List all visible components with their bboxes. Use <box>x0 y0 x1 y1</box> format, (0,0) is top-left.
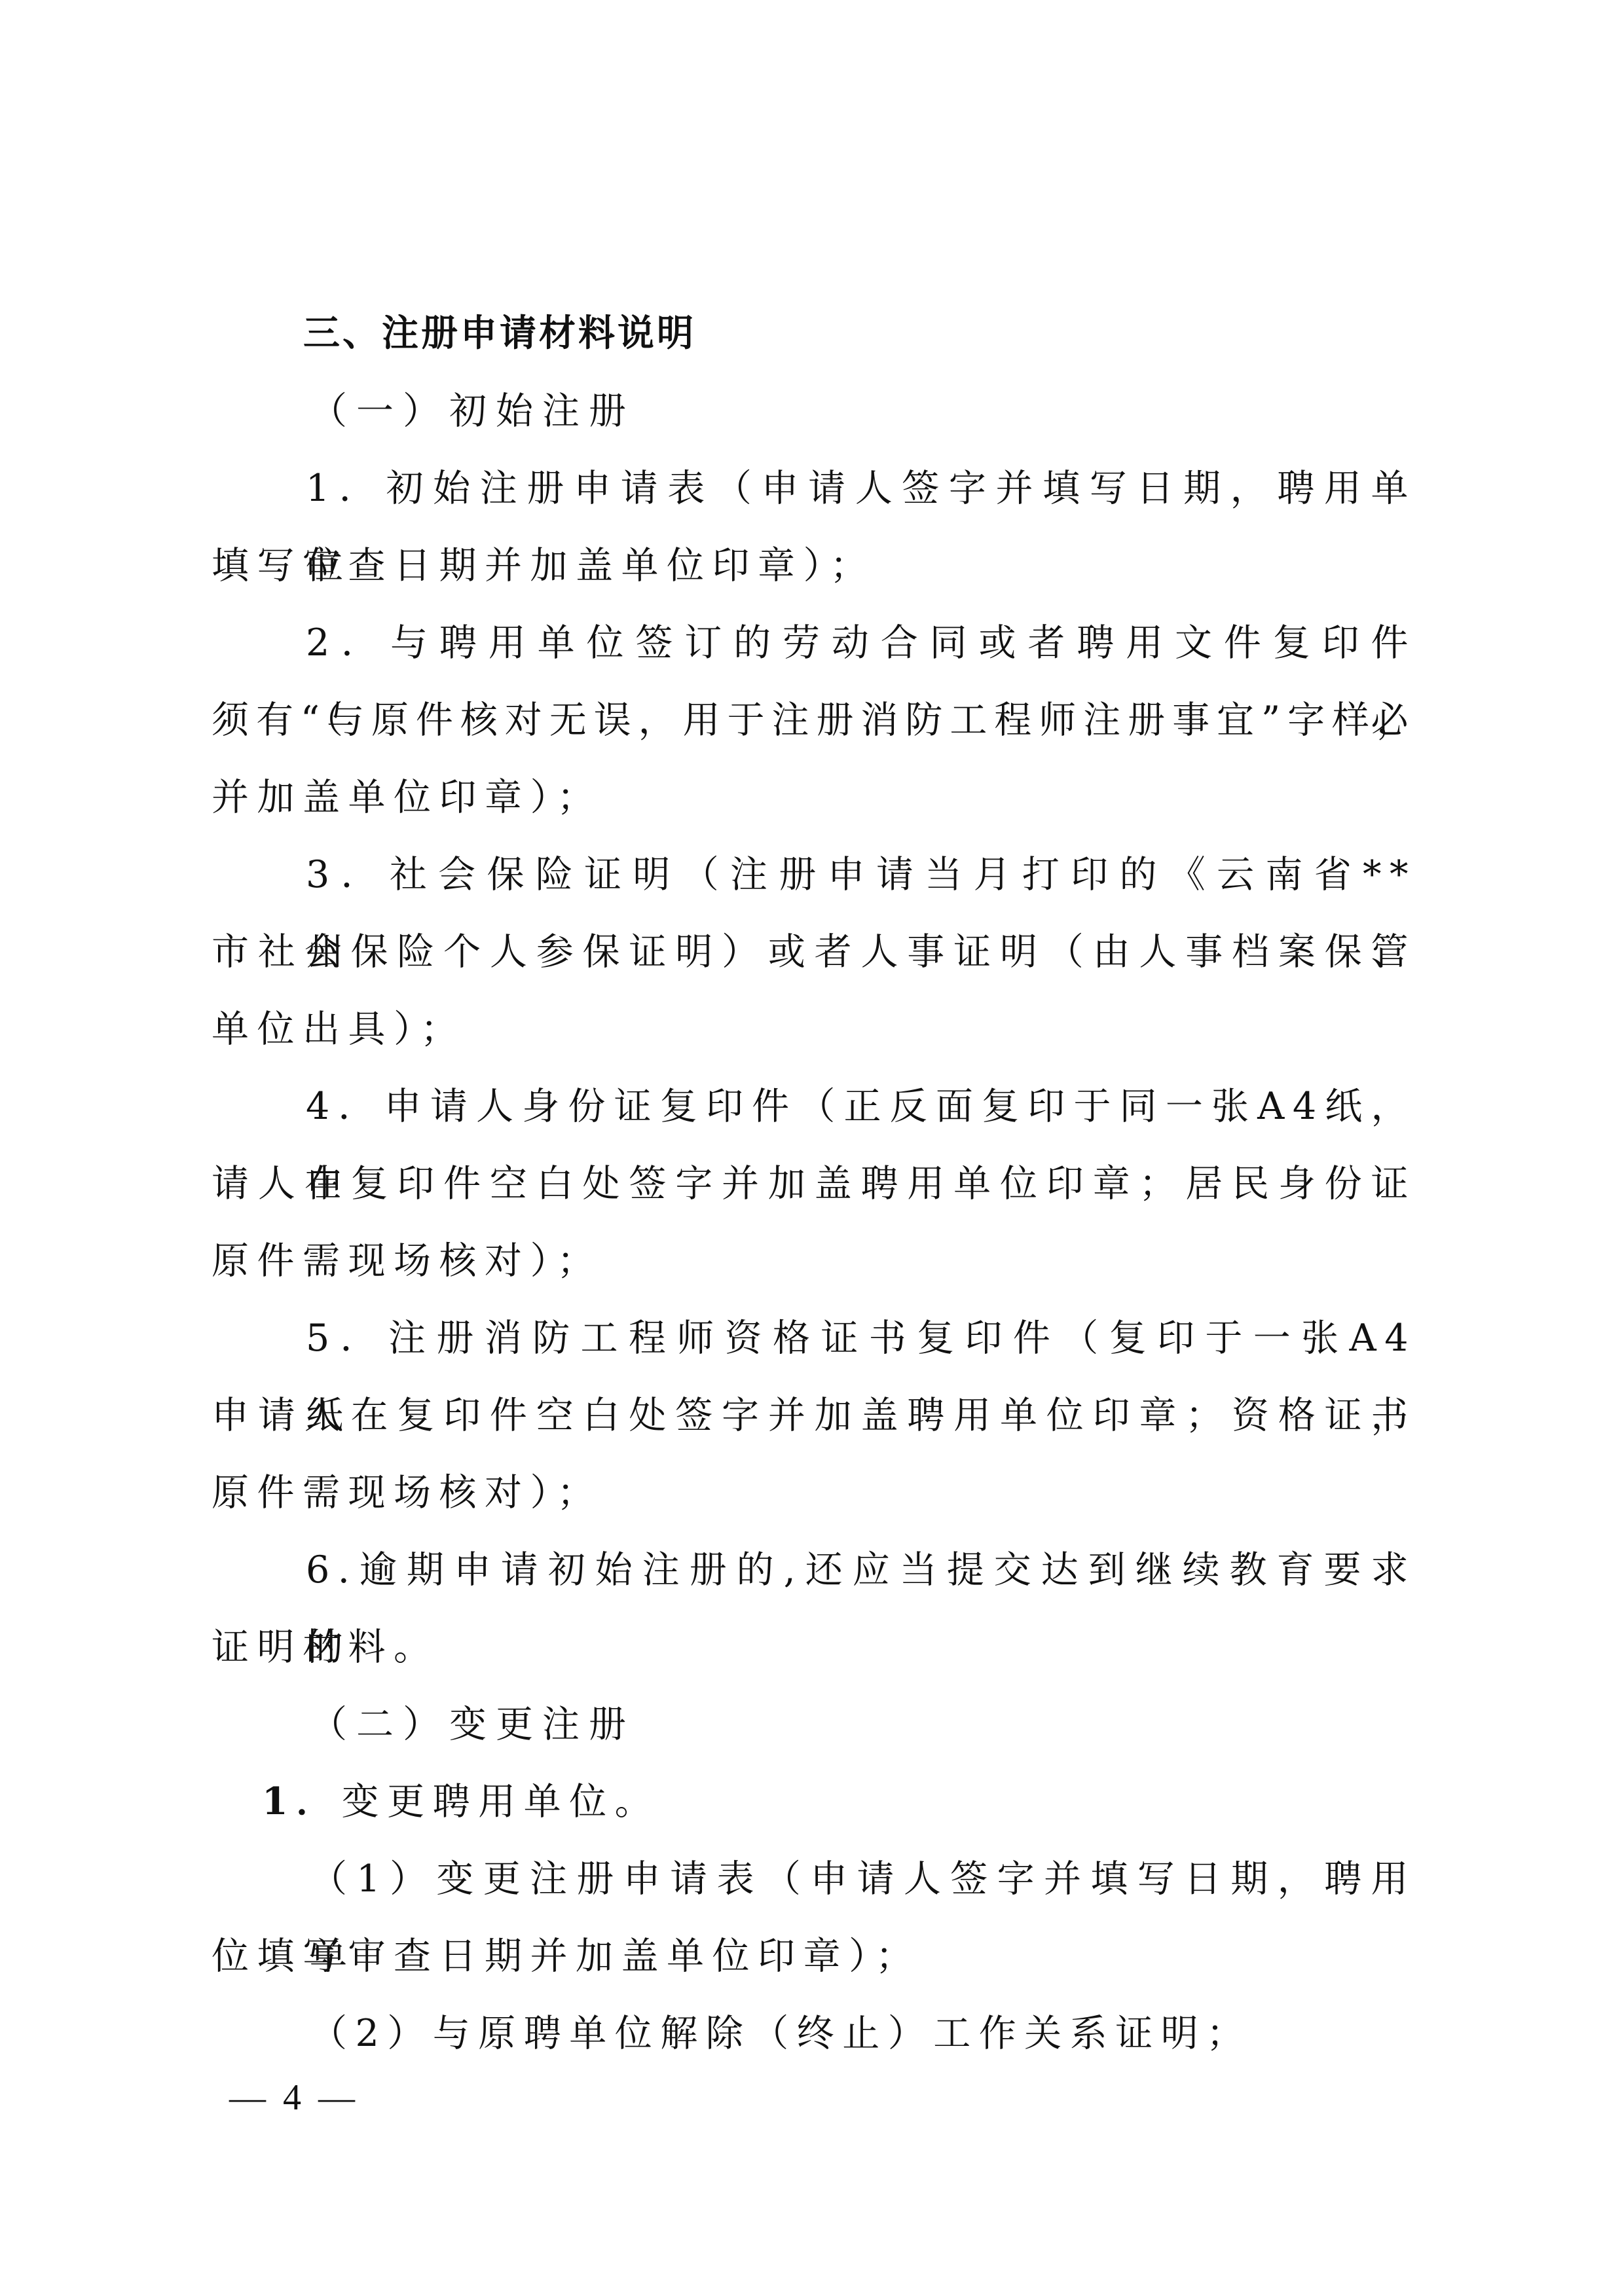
paragraph-line: 6.逾期申请初始注册的,还应当提交达到继续教育要求的 <box>212 1531 1416 1609</box>
paragraph-line: 单位出具）； <box>212 991 1416 1068</box>
page-number: — 4 — <box>229 2077 359 2119</box>
paragraph-line: 位填写审查日期并加盖单位印章）； <box>212 1918 1416 1995</box>
paragraph-line: 请人在复印件空白处签字并加盖聘用单位印章；居民身份证 <box>212 1145 1416 1222</box>
paragraph-line: 4．申请人身份证复印件（正反面复印于同一张A4纸，申 <box>212 1068 1416 1145</box>
section-title: 三、注册申请材料说明 <box>212 295 1416 373</box>
paragraph-line: 1．初始注册申请表（申请人签字并填写日期，聘用单位 <box>212 450 1416 527</box>
item-title: 变更聘用单位。 <box>342 1780 661 1823</box>
subsection-title-change: （二）变更注册 <box>212 1686 1416 1763</box>
paragraph-line: 须有“与原件核对无误，用于注册消防工程师注册事宜”字样， <box>212 682 1416 759</box>
paragraph-line: 填写审查日期并加盖单位印章）； <box>212 527 1416 604</box>
paragraph-line: 2．与聘用单位签订的劳动合同或者聘用文件复印件（必 <box>212 604 1416 682</box>
paragraph-line: （2）与原聘单位解除（终止）工作关系证明； <box>212 1995 1416 2072</box>
item-heading: 1．变更聘用单位。 <box>212 1763 1416 1840</box>
paragraph-line: 原件需现场核对）； <box>212 1222 1416 1300</box>
paragraph-line: 并加盖单位印章）； <box>212 759 1416 836</box>
paragraph-line: （1）变更注册申请表（申请人签字并填写日期，聘用单 <box>212 1840 1416 1918</box>
paragraph-line: 3．社会保险证明（注册申请当月打印的《云南省**州、 <box>212 836 1416 913</box>
paragraph-line: 申请人在复印件空白处签字并加盖聘用单位印章；资格证书 <box>212 1377 1416 1454</box>
document-page: 三、注册申请材料说明 （一）初始注册 1．初始注册申请表（申请人签字并填写日期，… <box>212 295 1416 2072</box>
paragraph-line: 证明材料。 <box>212 1609 1416 1686</box>
paragraph-line: 原件需现场核对）； <box>212 1454 1416 1531</box>
subsection-title-initial: （一）初始注册 <box>212 373 1416 450</box>
paragraph-line: 市社会保险个人参保证明）或者人事证明（由人事档案保管 <box>212 913 1416 991</box>
paragraph-line: 5．注册消防工程师资格证书复印件（复印于一张A4纸， <box>212 1300 1416 1377</box>
item-number: 1． <box>262 1779 342 1823</box>
